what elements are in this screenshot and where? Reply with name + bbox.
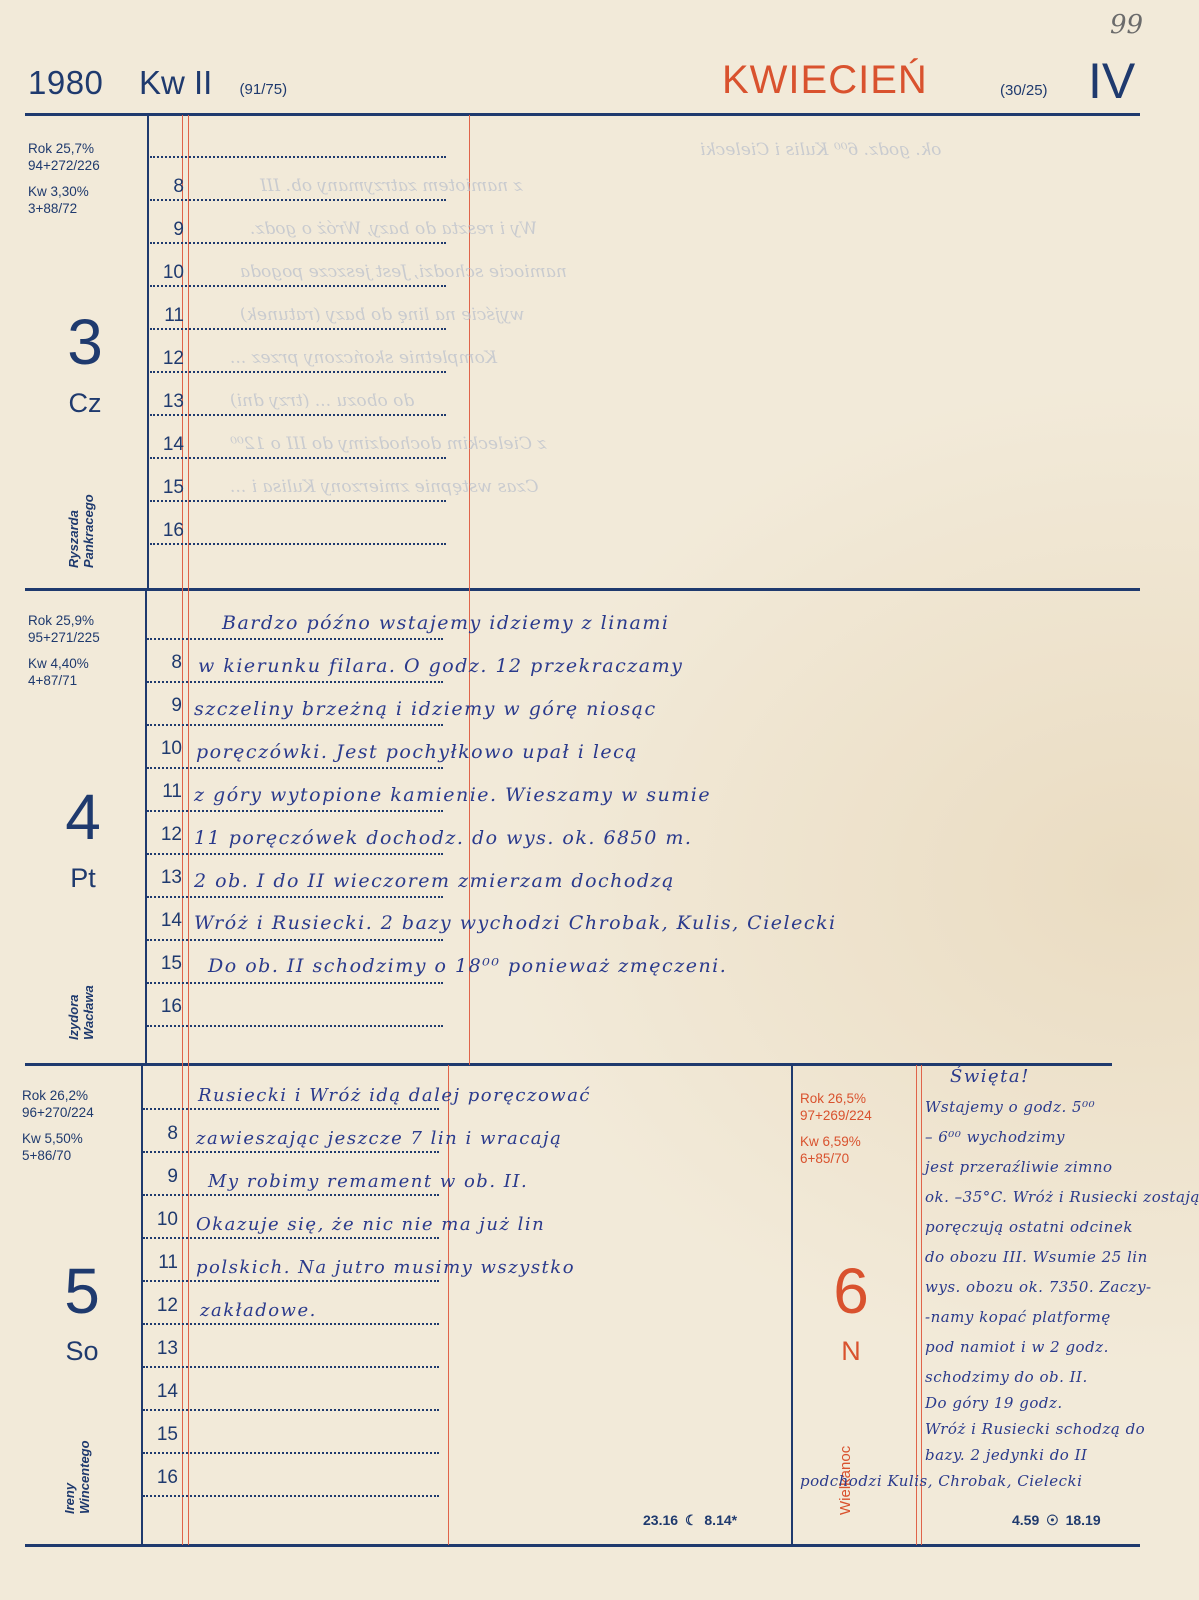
hour-label: 8 — [148, 176, 184, 198]
hour-line[interactable] — [147, 638, 443, 640]
hour-line[interactable] — [150, 285, 446, 287]
quarter-progress: Kw 5,50% — [22, 1130, 83, 1147]
hour-label: 8 — [142, 1123, 178, 1145]
name-day: Ryszarda — [66, 494, 81, 568]
hour-line[interactable] — [143, 1194, 439, 1196]
hour-label: 10 — [148, 262, 184, 284]
sunset-time: 18.19 — [1066, 1512, 1101, 1528]
hour-line[interactable] — [150, 543, 446, 545]
hour-line[interactable] — [147, 896, 443, 898]
hour-line[interactable] — [150, 457, 446, 459]
month-title: KWIECIEŃ — [722, 58, 928, 103]
hour-label: 13 — [148, 391, 184, 413]
hour-line[interactable] — [147, 939, 443, 941]
month-roman: IV — [1088, 52, 1135, 110]
hour-label: 11 — [142, 1252, 178, 1274]
handwritten-note: zawieszając jeszcze 7 lin i wracają — [196, 1128, 562, 1149]
year-count: 95+271/225 — [28, 629, 100, 646]
handwritten-note: My robimy remament w ob. II. — [208, 1171, 528, 1192]
show-through-text: ok. godz. 6⁰⁰ Kulis i Cielecki — [700, 140, 941, 160]
show-through-text: namiocie schodzi, Jest jeszcze pogoda — [240, 262, 567, 282]
hour-line[interactable] — [150, 371, 446, 373]
handwritten-note: podchodzi Kulis, Chrobak, Cielecki — [800, 1472, 1082, 1490]
weekday: So — [27, 1336, 137, 1367]
moon-times: 23.16 ☾ 8.14* — [643, 1512, 737, 1529]
handwritten-note: Święta! — [950, 1066, 1030, 1087]
handwritten-note: zakładowe. — [200, 1300, 317, 1321]
hour-line[interactable] — [150, 199, 446, 201]
handwritten-note: -namy kopać platformę — [925, 1308, 1111, 1326]
quarter-progress: Kw 6,59% — [800, 1133, 861, 1150]
day-number: 3 — [30, 305, 140, 379]
footer-rule — [25, 1544, 1140, 1547]
handwritten-note: bazy. 2 jedynki do II — [925, 1446, 1087, 1464]
quarter-count: 5+86/70 — [22, 1147, 71, 1164]
sunrise-time: 4.59 — [1012, 1512, 1039, 1528]
quarter-progress: Kw 4,40% — [28, 655, 89, 672]
name-days: Ryszarda Pankracego — [66, 494, 96, 568]
handwritten-note: Bardzo późno wstajemy idziemy z linami — [222, 612, 669, 634]
hour-line[interactable] — [143, 1151, 439, 1153]
moon-icon: ☾ — [685, 1512, 698, 1528]
hour-label: 14 — [146, 910, 182, 932]
quarter-count: 6+85/70 — [800, 1150, 849, 1167]
sun-times: 4.59 ☉ 18.19 — [1012, 1512, 1101, 1529]
hour-label: 15 — [142, 1424, 178, 1446]
moonset-time: 8.14* — [704, 1512, 737, 1528]
handwritten-note: 11 poręczówek dochodz. do wys. ok. 6850 … — [194, 827, 692, 849]
handwritten-note: Wstajemy o godz. 5⁰⁰ — [925, 1098, 1095, 1116]
show-through-text: z namiotem zatrzymany ob. III — [260, 176, 523, 196]
hour-label: 11 — [148, 305, 184, 327]
handwritten-note: Do góry 19 godz. — [925, 1394, 1063, 1412]
hour-label: 10 — [142, 1209, 178, 1231]
hour-label: 15 — [148, 477, 184, 499]
name-day: Wincentego — [77, 1440, 92, 1514]
hour-label: 16 — [148, 520, 184, 542]
handwritten-note: z góry wytopione kamienie. Wieszamy w su… — [194, 784, 711, 806]
handwritten-note: poręczują ostatni odcinek — [925, 1218, 1133, 1236]
handwritten-note: Do ob. II schodzimy o 18⁰⁰ ponieważ zmęc… — [208, 955, 727, 977]
handwritten-note: Okazuje się, że nic nie ma już lin — [196, 1214, 545, 1235]
hour-label: 12 — [142, 1295, 178, 1317]
hour-line[interactable] — [147, 982, 443, 984]
name-day: Izydora — [66, 985, 81, 1040]
name-day: Wacława — [81, 985, 96, 1040]
hour-label: 12 — [148, 348, 184, 370]
moonrise-time: 23.16 — [643, 1512, 678, 1528]
hour-line[interactable] — [143, 1280, 439, 1282]
header-rule — [25, 113, 1140, 116]
hour-line[interactable] — [150, 414, 446, 416]
year-progress: Rok 26,2% — [22, 1087, 88, 1104]
hour-line[interactable] — [143, 1366, 439, 1368]
handwritten-note: – 6⁰⁰ wychodzimy — [925, 1128, 1065, 1146]
handwritten-note: jest przeraźliwie zimno — [925, 1158, 1113, 1176]
show-through-text: z Cieleckim dochodzimy do III o 12⁰⁰ — [230, 434, 546, 454]
handwritten-note: poręczówki. Jest pochyłkowo upał i lecą — [196, 741, 638, 763]
quarter-label: Kw II (91/75) — [139, 64, 287, 102]
hour-line[interactable] — [147, 1025, 443, 1027]
hour-label: 13 — [146, 867, 182, 889]
show-through-text: do obozu ... (trzy dni) — [230, 391, 414, 411]
hour-label: 16 — [142, 1467, 178, 1489]
handwritten-note: 2 ob. I do II wieczorem zmierzam dochodz… — [194, 870, 675, 892]
year-label: 1980 — [28, 64, 103, 102]
hour-label: 12 — [146, 824, 182, 846]
handwritten-note: Rusiecki i Wróż idą dalej poręczować — [198, 1085, 591, 1106]
sunday-divider — [791, 1065, 793, 1545]
show-through-text: Wy i reszta do bazy, Wróż o godz. — [250, 219, 537, 239]
quarter-text: Kw II — [139, 64, 212, 101]
hour-label: 14 — [142, 1381, 178, 1403]
quarter-count: 3+88/72 — [28, 200, 77, 217]
name-days: Izydora Wacława — [66, 985, 96, 1040]
year-count: 96+270/224 — [22, 1104, 94, 1121]
show-through-text: wyjście na linę do bazy (ratunek) — [240, 305, 524, 325]
day-number: 6 — [796, 1254, 906, 1328]
handwritten-note: schodzimy do ob. II. — [925, 1368, 1088, 1386]
show-through-text: Czas wstępnie zmierzony Kulisa i ... — [230, 477, 538, 497]
name-day: Ireny — [62, 1440, 77, 1514]
day-divider-3-4 — [25, 588, 1140, 591]
hour-line[interactable] — [143, 1409, 439, 1411]
hour-line[interactable] — [147, 853, 443, 855]
handwritten-note: pod namiot i w 2 godz. — [925, 1338, 1109, 1356]
hour-line[interactable] — [143, 1237, 439, 1239]
page-number: 99 — [1110, 10, 1143, 40]
weekday: N — [796, 1336, 906, 1367]
handwritten-note: Wróż i Rusiecki schodzą do — [925, 1420, 1145, 1438]
hour-label: 10 — [146, 738, 182, 760]
quarter-count: 4+87/71 — [28, 672, 77, 689]
show-through-text: Kompletnie skończony przez ... — [230, 348, 497, 368]
quarter-progress: Kw 3,30% — [28, 183, 89, 200]
hour-line[interactable] — [143, 1323, 439, 1325]
day-number: 4 — [28, 780, 138, 854]
year-progress: Rok 26,5% — [800, 1090, 866, 1107]
handwritten-note: w kierunku filara. O godz. 12 przekracza… — [198, 655, 683, 677]
handwritten-note: polskich. Na jutro musimy wszystko — [196, 1257, 575, 1278]
handwritten-note: szczeliny brzeżną i idziemy w górę niosą… — [194, 698, 657, 720]
year-progress: Rok 25,9% — [28, 612, 94, 629]
hour-label: 11 — [146, 781, 182, 803]
quarter-days: (91/75) — [240, 81, 288, 98]
handwritten-note: ok. –35°C. Wróż i Rusiecki zostają — [925, 1188, 1199, 1206]
weekday: Pt — [28, 863, 138, 894]
hour-line[interactable] — [150, 500, 446, 502]
year-progress: Rok 25,7% — [28, 140, 94, 157]
hour-label: 8 — [146, 652, 182, 674]
hour-line[interactable] — [150, 242, 446, 244]
handwritten-note: Wróż i Rusiecki. 2 bazy wychodzi Chrobak… — [194, 912, 837, 934]
name-days: Ireny Wincentego — [62, 1440, 92, 1514]
hour-line[interactable] — [147, 724, 443, 726]
hour-line[interactable] — [150, 328, 446, 330]
hour-line[interactable] — [143, 1495, 439, 1497]
sun-icon: ☉ — [1046, 1512, 1059, 1528]
year-count: 94+272/226 — [28, 157, 100, 174]
name-day: Pankracego — [81, 494, 96, 568]
hour-label: 9 — [142, 1166, 178, 1188]
hour-label: 14 — [148, 434, 184, 456]
handwritten-note: do obozu III. Wsumie 25 lin — [925, 1248, 1148, 1266]
month-days: (30/25) — [1000, 82, 1048, 99]
day-number: 5 — [27, 1254, 137, 1328]
weekday: Cz — [30, 388, 140, 419]
handwritten-note: wys. obozu ok. 7350. Zaczy- — [925, 1278, 1152, 1296]
hour-line[interactable] — [147, 767, 443, 769]
hour-label: 9 — [146, 695, 182, 717]
hour-label: 16 — [146, 996, 182, 1018]
hour-label: 9 — [148, 219, 184, 241]
hour-line[interactable] — [147, 810, 443, 812]
hour-label: 15 — [146, 953, 182, 975]
hour-line[interactable] — [147, 681, 443, 683]
hour-line[interactable] — [150, 156, 446, 158]
hour-line[interactable] — [143, 1452, 439, 1454]
hour-label: 13 — [142, 1338, 178, 1360]
hour-line[interactable] — [143, 1108, 439, 1110]
year-count: 97+269/224 — [800, 1107, 872, 1124]
